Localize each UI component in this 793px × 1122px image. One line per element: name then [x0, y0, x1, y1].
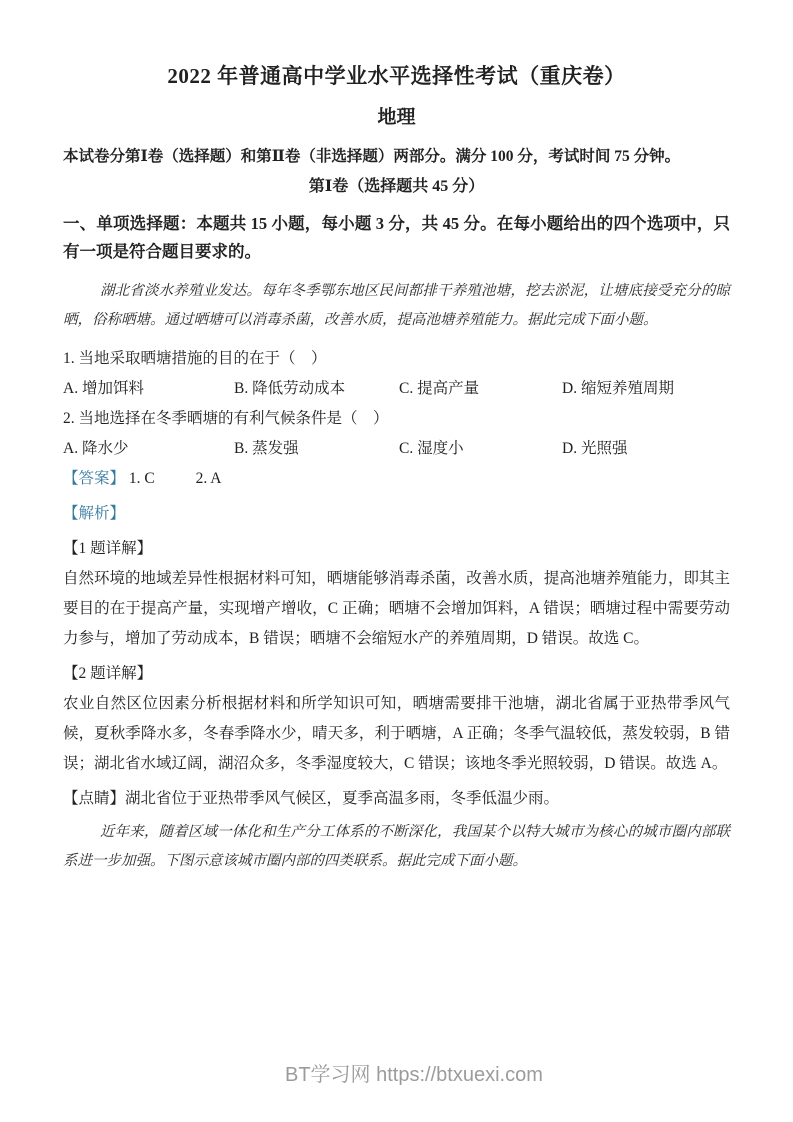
tip-text: 【点睛】湖北省位于亚热带季风气候区，夏季高温多雨，冬季低温少雨。 — [63, 784, 730, 814]
detail-1-text: 自然环境的地域差异性根据材料可知，晒塘能够消毒杀菌，改善水质，提高池塘养殖能力，… — [63, 564, 730, 654]
reading-passage-city: 近年来，随着区域一体化和生产分工体系的不断深化，我国某个以特大城市为核心的城市圈… — [63, 818, 730, 876]
detail-2-text: 农业自然区位因素分析根据材料和所学知识可知，晒塘需要排干池塘，湖北省属于亚热带季… — [63, 689, 730, 779]
section-one-heading: 一、单项选择题：本题共 15 小题，每小题 3 分，共 45 分。在每小题给出的… — [63, 210, 730, 266]
question-1-stem: 1. 当地采取晒塘措施的目的在于（ ） — [63, 344, 730, 374]
analysis-label: 【解析】 — [63, 499, 730, 529]
question-1-option-b: B. 降低劳动成本 — [234, 374, 399, 404]
answer-item-2: 2. A — [196, 470, 222, 487]
question-2-stem: 2. 当地选择在冬季晒塘的有利气候条件是（ ） — [63, 404, 730, 434]
answer-item-1: 1. C — [129, 470, 155, 487]
watermark: BT学习网 https://btxuexi.com — [285, 1061, 543, 1089]
question-2-options: A. 降水少 B. 蒸发强 C. 湿度小 D. 光照强 — [63, 434, 730, 464]
question-2-option-b: B. 蒸发强 — [234, 434, 399, 464]
detail-1-heading: 【1 题详解】 — [63, 534, 730, 564]
subject-title: 地理 — [63, 104, 730, 132]
question-1-options: A. 增加饵料 B. 降低劳动成本 C. 提高产量 D. 缩短养殖周期 — [63, 374, 730, 404]
question-1-option-c: C. 提高产量 — [399, 374, 562, 404]
exam-paper-page: 2022 年普通高中学业水平选择性考试（重庆卷） 地理 本试卷分第Ⅰ卷（选择题）… — [0, 0, 793, 1122]
page-content: 2022 年普通高中学业水平选择性考试（重庆卷） 地理 本试卷分第Ⅰ卷（选择题）… — [0, 0, 793, 876]
detail-2-heading: 【2 题详解】 — [63, 659, 730, 689]
question-1-option-d: D. 缩短养殖周期 — [562, 374, 730, 404]
answer-line: 【答案】 1. C 2. A — [63, 464, 730, 494]
reading-passage-pond: 湖北省淡水养殖业发达。每年冬季鄂东地区民间都排干养殖池塘，挖去淤泥，让塘底接受充… — [63, 277, 730, 335]
exam-intro: 本试卷分第Ⅰ卷（选择题）和第Ⅱ卷（非选择题）两部分。满分 100 分，考试时间 … — [63, 144, 730, 169]
question-2-option-a: A. 降水少 — [63, 434, 234, 464]
question-1-option-a: A. 增加饵料 — [63, 374, 234, 404]
part-one-heading: 第Ⅰ卷（选择题共 45 分） — [63, 174, 730, 199]
question-2-option-c: C. 湿度小 — [399, 434, 562, 464]
question-2-option-d: D. 光照强 — [562, 434, 730, 464]
answer-label: 【答案】 — [63, 470, 125, 487]
page-title: 2022 年普通高中学业水平选择性考试（重庆卷） — [63, 62, 730, 90]
